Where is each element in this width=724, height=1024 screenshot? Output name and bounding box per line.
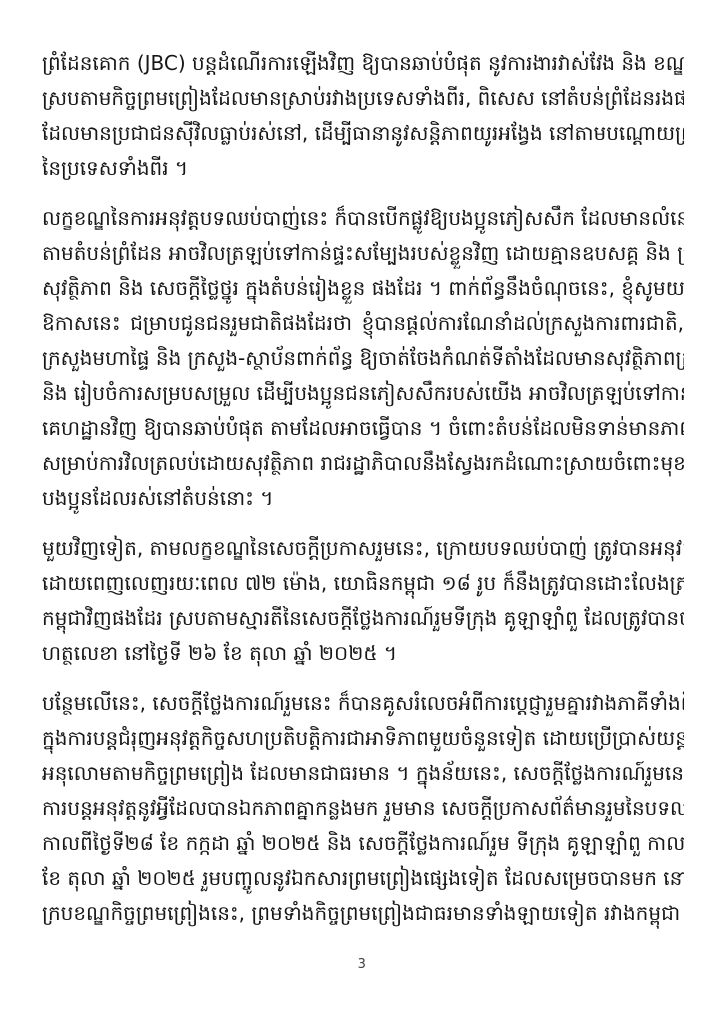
paragraph-3: មួយវិញទៀត, តាមលក្ខខណ្ឌនៃសេចក្ដីប្រកាសរួម… — [42, 531, 684, 671]
text-line: ក្របខណ្ឌកិច្ចព្រមព្រៀងនេះ, ព្រមទាំងកិច្ច… — [42, 896, 684, 931]
text-line: ឱកាសនេះ ជម្រាបជូនជនរួមជាតិផងដែរថា ខ្ញុំប… — [42, 306, 684, 341]
text-line: ដែលមានប្រជាជនស៊ីវិលធ្លាប់រស់នៅ, ដើម្បីធា… — [42, 116, 684, 151]
text-line: គេហដ្ឋានវិញ ឱ្យបានឆាប់បំផុត តាមដែលអាចធ្វ… — [42, 411, 684, 446]
text-line: កាលពីថ្ងៃទី២៨ ខែ កក្កដា ឆ្នាំ ២០២៥ និង ស… — [42, 826, 684, 861]
text-line: ព្រំដែនគោក (JBC) បន្តដំណើរការឡើងវិញ ឱ្យប… — [42, 46, 684, 81]
text-line: បងប្អូនដែលរស់នៅតំបន់នោះ ។ — [42, 481, 684, 516]
text-line: សម្រាប់ការវិលត្រលប់ដោយសុវត្ថិភាព រាជរដ្ឋ… — [42, 446, 684, 481]
page-number: 3 — [0, 957, 724, 972]
text-line: នៃប្រទេសទាំងពីរ ។ — [42, 151, 684, 186]
text-line: ការបន្តអនុវត្តនូវអ្វីដែលបានឯកភាពគ្នាកន្ល… — [42, 791, 684, 826]
text-line: ស្របតាមកិច្ចព្រមព្រៀងដែលមានស្រាប់រវាងប្រ… — [42, 81, 684, 116]
text-line: និង រៀបចំការសម្របសម្រួល ដើម្បីបងប្អូនជនភ… — [42, 376, 684, 411]
text-line: ហត្ថលេខា នៅថ្ងៃទី ២៦ ខែ តុលា ឆ្នាំ ២០២៥ … — [42, 636, 684, 671]
text-line: ខែ តុលា ឆ្នាំ ២០២៥ រួមបញ្ចូលនូវឯកសារព្រម… — [42, 861, 684, 896]
text-line: លក្ខខណ្ឌនៃការអនុវត្តបទឈប់បាញ់នេះ ក៏បានបើ… — [42, 201, 684, 236]
text-line: មួយវិញទៀត, តាមលក្ខខណ្ឌនៃសេចក្ដីប្រកាសរួម… — [42, 531, 684, 566]
text-line: សុវត្ថិភាព និង សេចក្ដីថ្លៃថ្នូរ ក្នុងតំប… — [42, 271, 684, 306]
document-body: ព្រំដែនគោក (JBC) បន្តដំណើរការឡើងវិញ ឱ្យប… — [42, 46, 684, 946]
paragraph-4: បន្ថែមលើនេះ, សេចក្ដីថ្លែងការណ៍រួមនេះ ក៏ប… — [42, 686, 684, 931]
document-page: ព្រំដែនគោក (JBC) បន្តដំណើរការឡើងវិញ ឱ្យប… — [0, 0, 724, 1024]
text-line: កម្ពុជាវិញផងដែរ ស្របតាមស្មារតីនៃសេចក្ដីថ… — [42, 601, 684, 636]
text-line: ដោយពេញលេញរយៈពេល ៧២ ម៉ោង, យោធិនកម្ពុជា ១៨… — [42, 566, 684, 601]
paragraph-2: លក្ខខណ្ឌនៃការអនុវត្តបទឈប់បាញ់នេះ ក៏បានបើ… — [42, 201, 684, 516]
text-line: អនុលោមតាមកិច្ចព្រមព្រៀង ដែលមានជាធរមាន ។ … — [42, 756, 684, 791]
text-line: បន្ថែមលើនេះ, សេចក្ដីថ្លែងការណ៍រួមនេះ ក៏ប… — [42, 686, 684, 721]
text-line: ក្នុងការបន្តជំរុញអនុវត្តកិច្ចសហប្រតិបត្ត… — [42, 721, 684, 756]
text-line: ក្រសួងមហាផ្ទៃ និង ក្រសួង-ស្ថាប័នពាក់ព័ន្… — [42, 341, 684, 376]
text-line: តាមតំបន់ព្រំដែន អាចវិលត្រឡប់ទៅកាន់ផ្ទះសម… — [42, 236, 684, 271]
paragraph-1: ព្រំដែនគោក (JBC) បន្តដំណើរការឡើងវិញ ឱ្យប… — [42, 46, 684, 186]
